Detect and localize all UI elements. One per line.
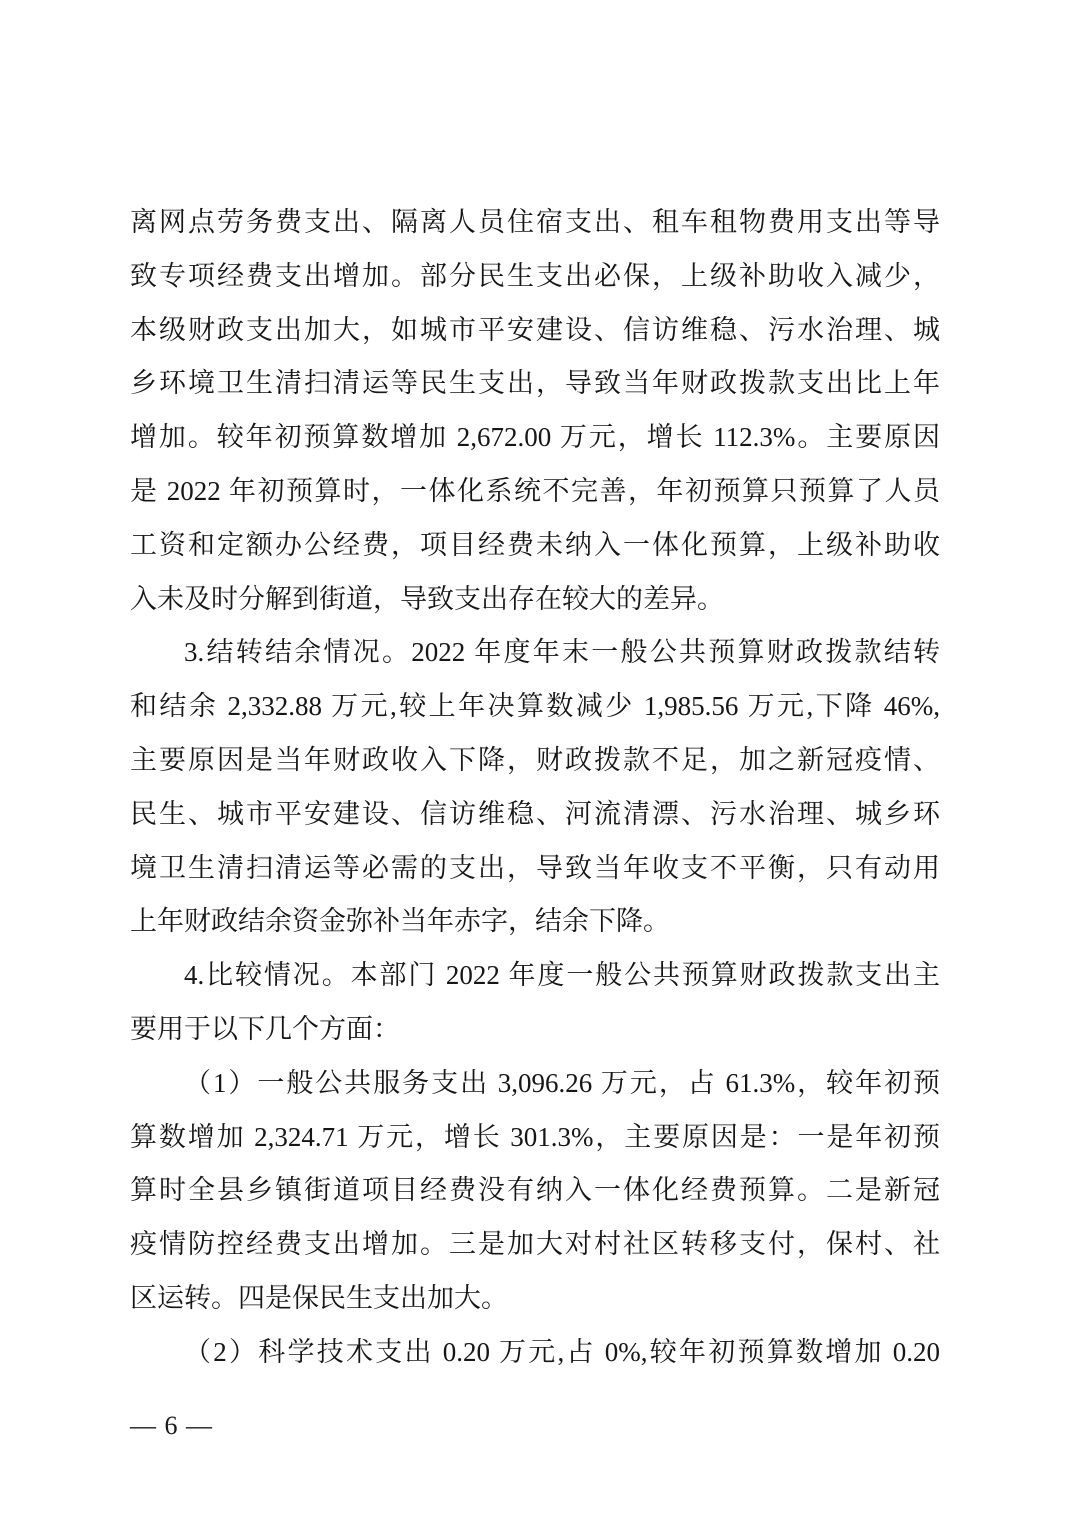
text-line: 区运转。四是保民生支出加大。 bbox=[130, 1272, 940, 1326]
text-line: 民生、城市平安建设、信访维稳、河流清漂、污水治理、城乡环 bbox=[130, 788, 940, 842]
text-line: 入未及时分解到街道，导致支出存在较大的差异。 bbox=[130, 573, 940, 627]
text-line: 是 2022 年初预算时，一体化系统不完善，年初预算只预算了人员 bbox=[130, 465, 940, 519]
text-line: 4.比较情况。本部门 2022 年度一般公共预算财政拨款支出主 bbox=[130, 949, 940, 1003]
page-number: — 6 — bbox=[130, 1411, 213, 1440]
text-line: 算数增加 2,324.71 万元，增长 301.3%，主要原因是：一是年初预 bbox=[130, 1111, 940, 1165]
text-line: 3.结转结余情况。2022 年度年末一般公共预算财政拨款结转 bbox=[130, 626, 940, 680]
text-line: 致专项经费支出增加。部分民生支出必保，上级补助收入减少， bbox=[130, 250, 940, 304]
text-line: 疫情防控经费支出增加。三是加大对村社区转移支付，保村、社 bbox=[130, 1218, 940, 1272]
text-line: 主要原因是当年财政收入下降，财政拨款不足，加之新冠疫情、 bbox=[130, 734, 940, 788]
text-line: 离网点劳务费支出、隔离人员住宿支出、租车租物费用支出等导 bbox=[130, 196, 940, 250]
text-line: 工资和定额办公经费，项目经费未纳入一体化预算，上级补助收 bbox=[130, 519, 940, 573]
text-line: 乡环境卫生清扫清运等民生支出，导致当年财政拨款支出比上年 bbox=[130, 357, 940, 411]
text-line: 上年财政结余资金弥补当年赤字，结余下降。 bbox=[130, 895, 940, 949]
text-line: （2）科学技术支出 0.20 万元,占 0%,较年初预算数增加 0.20 bbox=[130, 1326, 940, 1380]
text-line: 算时全县乡镇街道项目经费没有纳入一体化经费预算。二是新冠 bbox=[130, 1164, 940, 1218]
page-footer: — 6 — bbox=[130, 1408, 213, 1444]
text-line: （1）一般公共服务支出 3,096.26 万元，占 61.3%，较年初预 bbox=[130, 1057, 940, 1111]
text-line: 本级财政支出加大，如城市平安建设、信访维稳、污水治理、城 bbox=[130, 304, 940, 358]
text-line: 境卫生清扫清运等必需的支出，导致当年收支不平衡，只有动用 bbox=[130, 842, 940, 896]
text-line: 增加。较年初预算数增加 2,672.00 万元，增长 112.3%。主要原因 bbox=[130, 411, 940, 465]
document-body: 离网点劳务费支出、隔离人员住宿支出、租车租物费用支出等导致专项经费支出增加。部分… bbox=[130, 196, 940, 1380]
text-line: 和结余 2,332.88 万元,较上年决算数减少 1,985.56 万元,下降 … bbox=[130, 680, 940, 734]
text-line: 要用于以下几个方面： bbox=[130, 1003, 940, 1057]
document-page: 离网点劳务费支出、隔离人员住宿支出、租车租物费用支出等导致专项经费支出增加。部分… bbox=[0, 0, 1074, 1520]
